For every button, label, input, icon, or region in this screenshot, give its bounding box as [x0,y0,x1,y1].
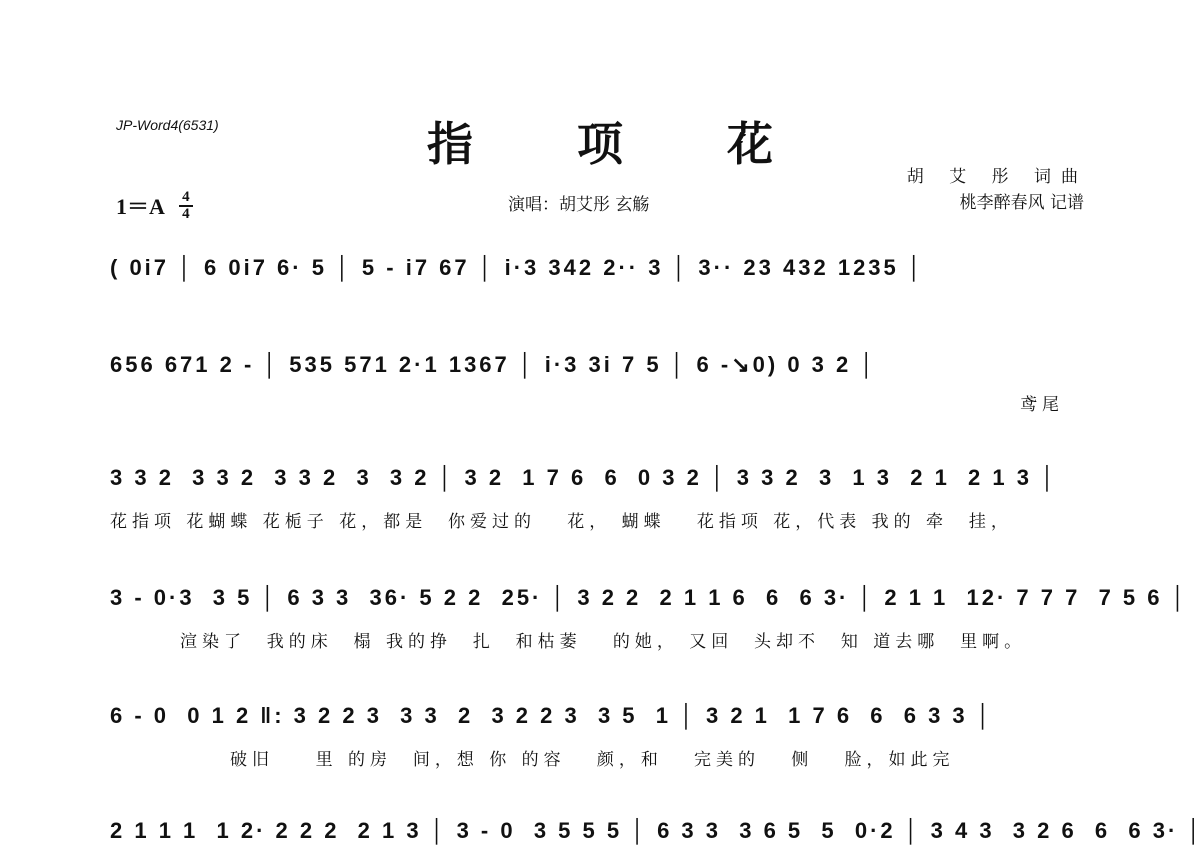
time-signature: 4 4 [179,191,193,221]
title-char: 项 [577,108,623,174]
lyrics-line: 破旧 里 的房 间，想 你 的容 颜，和 完美的 侧 脸，如此完 [230,745,1090,770]
notation-line: 3 - 0·3 3 5 │ 6 3 3 36· 5 2 2 25· │ 3 2 … [110,585,1090,611]
time-denominator: 4 [182,208,190,221]
transcriber: 桃李醉春风 记谱 [907,190,1084,216]
lyrics-line: 花指项 花蝴蝶 花栀子 花，都是 你爱过的 花， 蝴蝶 花指项 花，代表 我的 … [110,507,1090,532]
singer-credit: 演唱：胡艾彤 玄觞 [508,190,649,215]
key-signature: 1＝A 4 4 [116,190,193,221]
lyrics-line: 鸢尾 [1020,390,1090,415]
notation-line: 656 671 2 - │ 535 571 2·1 1367 │ i·3 3i … [110,352,1090,378]
time-numerator: 4 [182,191,190,204]
key-label: 1＝A [116,190,165,221]
title-char: 花 [727,108,773,174]
lyricist-composer: 胡 艾 彤 词曲 [907,164,1088,190]
notation-line: 2 1 1 1 1 2· 2 2 2 2 1 3 │ 3 - 0 3 5 5 5… [110,818,1090,844]
notation-line: 6 - 0 0 1 2 ‖: 3 2 2 3 3 3 2 3 2 2 3 3 5… [110,703,1090,729]
notation-line: 3 3 2 3 3 2 3 3 2 3 3 2 │ 3 2 1 7 6 6 0 … [110,465,1090,491]
lyrics-line: 渲染了 我的床 榻 我的挣 扎 和枯萎 的她， 又回 头却不 知 道去哪 里啊。 [180,627,1090,652]
credits: 胡 艾 彤 词曲 桃李醉春风 记谱 [907,164,1084,216]
notation-line: ( 0i7 │ 6 0i7 6· 5 │ 5 - i7 67 │ i·3 342… [110,255,1090,281]
title-char: 指 [427,108,473,174]
